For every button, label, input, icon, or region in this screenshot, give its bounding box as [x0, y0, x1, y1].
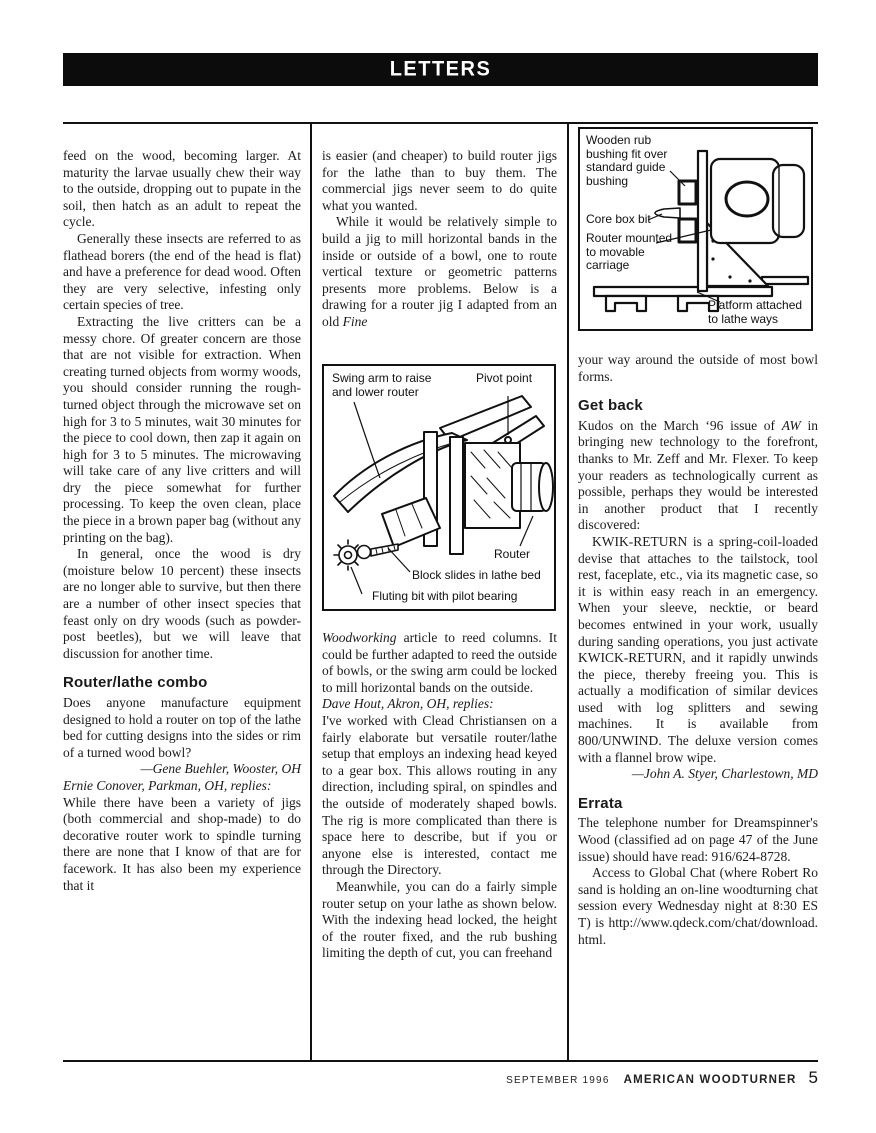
- paragraph: KWIK-RETURN is a spring-coil-loaded devi…: [578, 534, 818, 766]
- paragraph: feed on the wood, becoming larger. At ma…: [63, 148, 301, 231]
- letter-signature: —Gene Buehler, Wooster, OH: [63, 761, 301, 778]
- router-jig-illustration: Swing arm to raise and lower router Pivo…: [322, 364, 556, 611]
- issue-date: SEPTEMBER 1996: [506, 1075, 610, 1086]
- figure-label-rub-bushing: Wooden rub bushing fit over standard gui…: [586, 134, 686, 188]
- paragraph: Woodworking article to reed columns. It …: [322, 630, 557, 696]
- figure-label-router: Router: [494, 548, 530, 562]
- section-heading-router-lathe-combo: Router/lathe combo: [63, 675, 301, 692]
- paragraph: Access to Global Chat (where Robert Rosa…: [578, 865, 818, 948]
- paragraph: Does anyone manufacture equipment design…: [63, 695, 301, 761]
- right-column: your way around the outside of most bowl…: [578, 352, 818, 948]
- paragraph: your way around the outside of most bowl…: [578, 352, 818, 385]
- reply-attribution: Ernie Conover, Parkman, OH, replies:: [63, 778, 301, 795]
- router-carriage-illustration: Wooden rub bushing fit over standard gui…: [578, 127, 813, 331]
- paragraph: Extracting the live critters can be a me…: [63, 314, 301, 546]
- page-footer: SEPTEMBER 1996 AMERICAN WOODTURNER 5: [63, 1068, 818, 1088]
- paragraph: While it would be relatively simple to b…: [322, 214, 557, 330]
- letter-signature: —John A. Styer, Charlestown, MD: [578, 766, 818, 783]
- bottom-rule: [63, 1060, 818, 1062]
- italic-citation: Woodworking: [322, 630, 397, 645]
- paragraph: I've worked with Clead Christiansen on a…: [322, 713, 557, 879]
- column-divider-right: [567, 124, 569, 1060]
- figure-label-pivot-point: Pivot point: [476, 372, 552, 386]
- paragraph-text: in bringing new technology to the forefr…: [578, 418, 818, 533]
- section-heading-get-back: Get back: [578, 398, 818, 415]
- middle-column-upper: is easier (and cheaper) to build router …: [322, 148, 557, 331]
- figure-label-core-box-bit: Core box bit: [586, 213, 676, 227]
- letters-header-bar: LETTERS: [63, 53, 818, 86]
- page-title: LETTERS: [390, 57, 492, 82]
- figure-label-fluting-bit: Fluting bit with pilot bearing: [372, 590, 552, 604]
- italic-citation: AW: [782, 418, 801, 433]
- page-number: 5: [809, 1068, 818, 1088]
- column-divider-left: [310, 124, 312, 1060]
- paragraph: Generally these insects are referred to …: [63, 231, 301, 314]
- italic-citation: Fine: [343, 314, 368, 329]
- figure-label-router-mounted: Router mounted to movable carriage: [586, 232, 678, 273]
- magazine-page: LETTERS feed on the wood, becoming large…: [0, 0, 876, 1133]
- figure-label-platform: Platform attached to lathe ways: [708, 299, 810, 326]
- left-column: feed on the wood, becoming larger. At ma…: [63, 148, 301, 894]
- paragraph: The telephone number for Dreamspinner's …: [578, 815, 818, 865]
- paragraph: In general, once the wood is dry (moistu…: [63, 546, 301, 662]
- paragraph: is easier (and cheaper) to build router …: [322, 148, 557, 214]
- section-heading-errata: Errata: [578, 796, 818, 813]
- top-rule: [63, 122, 818, 124]
- reply-attribution: Dave Hout, Akron, OH, replies:: [322, 696, 557, 713]
- paragraph: Kudos on the March ‘96 issue of AW in br…: [578, 418, 818, 534]
- figure-label-block: Block slides in lathe bed: [412, 569, 554, 583]
- paragraph-text: Kudos on the March ‘96 issue of: [578, 418, 782, 433]
- middle-column-lower: Woodworking article to reed columns. It …: [322, 630, 557, 962]
- figure-label-swing-arm: Swing arm to raise and lower router: [332, 372, 452, 399]
- paragraph: Meanwhile, you can do a fairly simple ro…: [322, 879, 557, 962]
- magazine-name: AMERICAN WOODTURNER: [624, 1074, 797, 1086]
- paragraph-text: While it would be relatively simple to b…: [322, 214, 557, 329]
- paragraph: While there have been a variety of jigs …: [63, 795, 301, 895]
